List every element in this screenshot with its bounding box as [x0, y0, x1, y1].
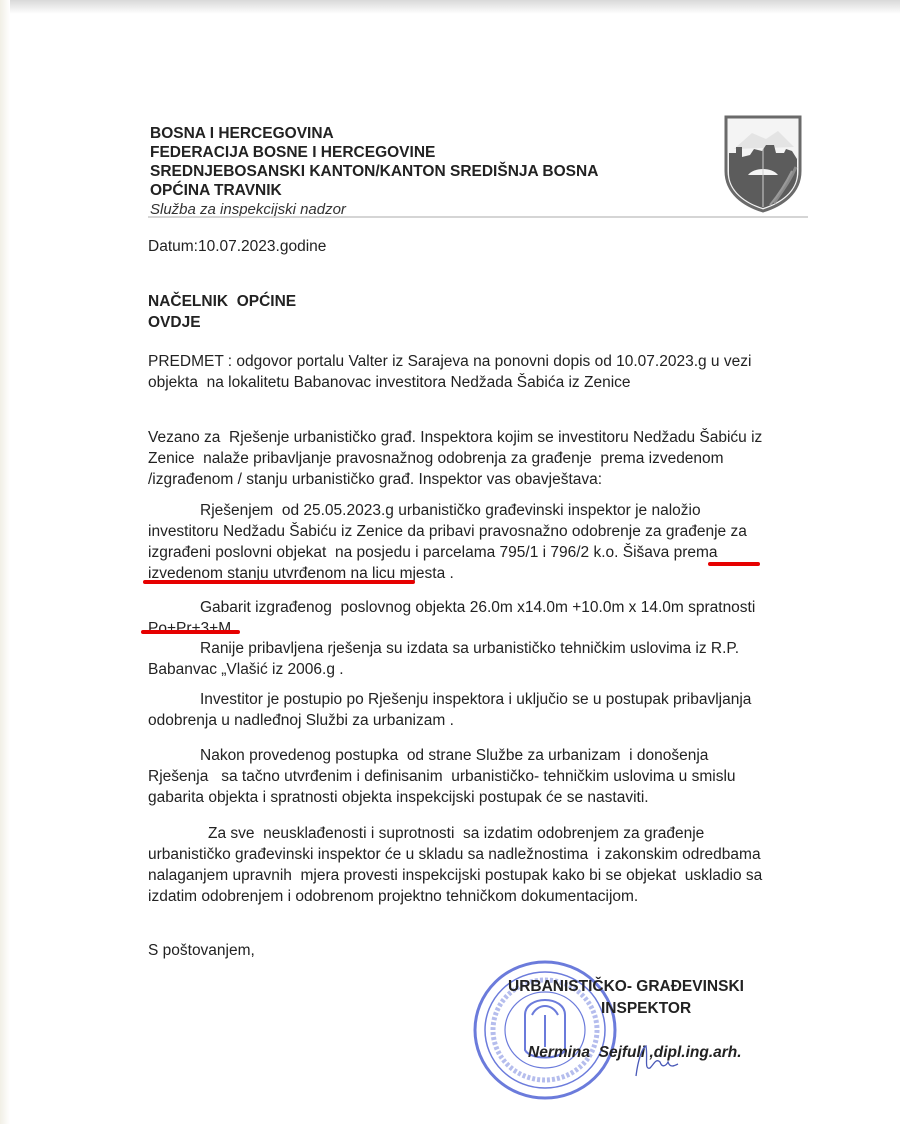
paragraph-line: Nakon provedenog postupka od strane Služ…: [148, 745, 736, 766]
paragraph-prior-permits: Ranije pribavljena rješenja su izdata sa…: [148, 638, 739, 680]
red-underline-annotation: [141, 630, 240, 634]
subject-line: PREDMET : odgovor portalu Valter iz Sara…: [148, 351, 751, 372]
subject-line: objekta na lokalitetu Babanovac investit…: [148, 372, 751, 393]
paragraph-line: nalaganjem upravnih mjera provesti inspe…: [148, 865, 762, 886]
signatory-title: INSPEKTOR: [601, 1000, 691, 1018]
paragraph-line: investitoru Nedžadu Šabiću iz Zenice da …: [148, 521, 747, 542]
paragraph-line: Rješenjem od 25.05.2023.g urbanističko g…: [148, 500, 747, 521]
paragraph-line: izdatim odobrenjem i odobrenom projektno…: [148, 886, 762, 907]
scan-top-edge: [0, 0, 900, 14]
paragraph-line: Za sve neusklađenosti i suprotnosti sa i…: [148, 823, 762, 844]
paragraph-line: Ranije pribavljena rješenja su izdata sa…: [148, 638, 739, 659]
red-underline-annotation: [143, 580, 415, 584]
intro-line: Vezano za Rješenje urbanističko građ. In…: [148, 427, 762, 448]
paragraph-line: Po+Pr+3+M.: [148, 618, 755, 639]
signatory-title: URBANISTIČKO- GRAĐEVINSKI: [508, 978, 744, 996]
recipient-line: OVDJE: [148, 312, 201, 333]
letterhead-line: OPĆINA TRAVNIK: [150, 181, 598, 200]
paragraph-line: odobrenja u nadleđnoj Službi za urbaniza…: [148, 710, 751, 731]
closing-salutation: S poštovanjem,: [148, 940, 255, 961]
letterhead-line: FEDERACIJA BOSNE I HERCEGOVINE: [150, 143, 598, 162]
subject: PREDMET : odgovor portalu Valter iz Sara…: [148, 351, 751, 393]
recipient-line: NAČELNIK OPĆINE: [148, 291, 296, 312]
paragraph-enforcement: Za sve neusklađenosti i suprotnosti sa i…: [148, 823, 762, 907]
paragraph-line: Rješenja sa tačno utvrđenim i definisani…: [148, 766, 736, 787]
paragraph-line: Babanvac „Vlašić iz 2006.g .: [148, 659, 739, 680]
document-date: Datum:10.07.2023.godine: [148, 236, 326, 257]
intro-line: Zenice nalaže pribavljanje pravosnažnog …: [148, 448, 762, 469]
letterhead-line: SREDNJEBOSANSKI KANTON/KANTON SREDIŠNJA …: [150, 162, 598, 181]
letterhead-line: BOSNA I HERCEGOVINA: [150, 124, 598, 143]
header-divider: [148, 216, 808, 218]
red-underline-annotation: [708, 562, 760, 566]
paragraph-ruling: Rješenjem od 25.05.2023.g urbanističko g…: [148, 500, 747, 584]
paragraph-line: urbanističko građevinski inspektor će u …: [148, 844, 762, 865]
paragraph-line: Investitor je postupio po Rješenju inspe…: [148, 689, 751, 710]
scan-left-edge: [0, 0, 10, 1124]
paragraph-line: Gabarit izgrađenog poslovnog objekta 26.…: [148, 597, 755, 618]
paragraph-investor: Investitor je postupio po Rješenju inspe…: [148, 689, 751, 731]
letterhead: BOSNA I HERCEGOVINA FEDERACIJA BOSNE I H…: [150, 124, 598, 219]
paragraph-procedure: Nakon provedenog postupka od strane Služ…: [148, 745, 736, 808]
paragraph-line: izgrađeni poslovni objekat na posjedu i …: [148, 542, 747, 563]
intro-line: /izgrađenom / stanju urbanističko građ. …: [148, 469, 762, 490]
handwritten-signature-icon: [628, 1040, 688, 1080]
intro-paragraph: Vezano za Rješenje urbanističko građ. In…: [148, 427, 762, 490]
coat-of-arms-icon: [722, 113, 804, 213]
paragraph-line: gabarita objekta i spratnosti objekta in…: [148, 787, 736, 808]
